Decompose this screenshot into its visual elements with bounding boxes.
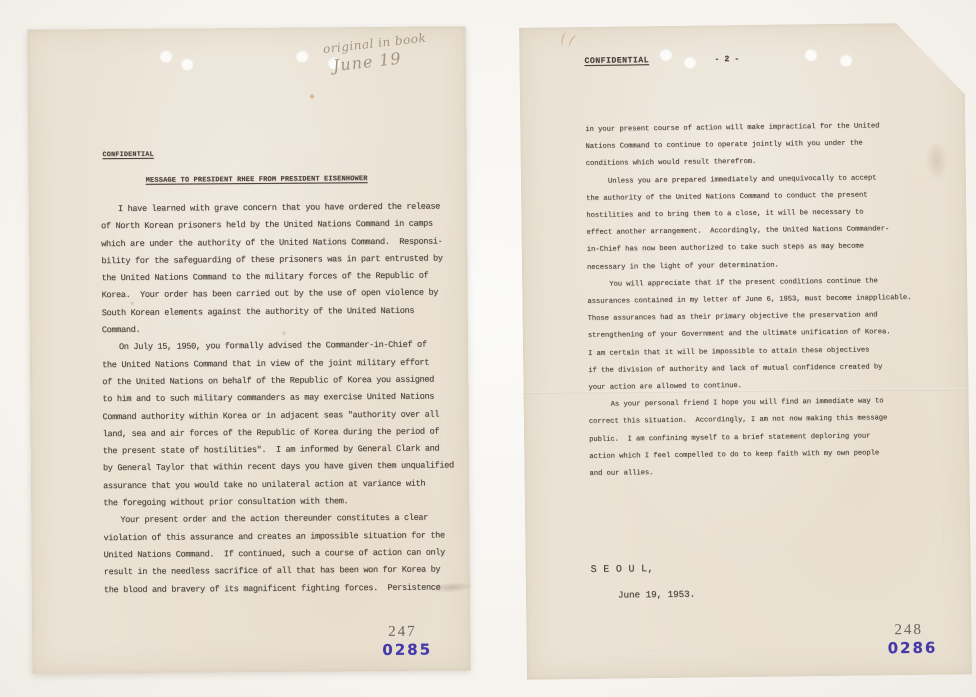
- typed-line: Your present order and the action thereu…: [103, 510, 454, 530]
- punch-hole: [839, 54, 852, 67]
- typed-line: the blood and bravery of its magnificent…: [104, 579, 455, 599]
- typed-line: to him and to such military commanders a…: [102, 389, 453, 409]
- typed-line: South Korean elements against the author…: [102, 302, 453, 322]
- punch-hole: [804, 48, 817, 61]
- document-page-1: original in book June 19 CONFIDENTIAL ME…: [27, 26, 470, 673]
- scanned-document-scene: original in book June 19 CONFIDENTIAL ME…: [0, 0, 976, 697]
- punch-hole: [296, 50, 309, 63]
- signoff-place: S E O U L,: [591, 564, 654, 576]
- punch-hole: [181, 57, 194, 70]
- typed-body: I have learned with grave concern that y…: [101, 198, 455, 599]
- classification-marking: CONFIDENTIAL: [584, 56, 649, 66]
- paragraph: I have learned with grave concern that y…: [101, 198, 453, 339]
- typed-body: in your present course of action will ma…: [585, 118, 913, 483]
- paragraph: You will appreciate that if the present …: [587, 273, 912, 397]
- typed-line: assurance that you would take no unilate…: [103, 475, 454, 495]
- handwritten-note: original in book June 19: [322, 24, 475, 75]
- paragraph: Unless you are prepared immediately and …: [586, 170, 911, 277]
- rust-stain: [309, 93, 315, 99]
- classification-marking: CONFIDENTIAL: [102, 151, 153, 159]
- page-number-stamp: 248: [894, 622, 923, 639]
- punch-hole: [160, 50, 173, 63]
- paragraph: Your present order and the action thereu…: [103, 510, 455, 599]
- stain: [925, 141, 947, 181]
- serial-number-stamp: 0285: [382, 641, 432, 659]
- page-number-label: - 2 -: [714, 55, 739, 64]
- typed-line: and our allies.: [589, 462, 913, 483]
- page-number-stamp: 247: [388, 624, 417, 641]
- paragraph: As your personal friend I hope you will …: [589, 393, 914, 483]
- punch-hole: [659, 48, 672, 61]
- signoff-date: June 19, 1953.: [618, 589, 695, 601]
- document-title: MESSAGE TO PRESIDENT RHEE FROM PRESIDENT…: [146, 175, 368, 185]
- punch-hole: [683, 56, 696, 69]
- typed-line: result in the needless sacrifice of all …: [104, 562, 455, 582]
- typed-line: of North Korean prisoners held by the Un…: [101, 216, 452, 236]
- paragraph: On July 15, 1950, you formally advised t…: [102, 337, 454, 513]
- document-page-2: CONFIDENTIAL - 2 - in your present cours…: [519, 22, 972, 679]
- crayon-mark: [559, 32, 577, 53]
- paragraph: in your present course of action will ma…: [585, 118, 910, 174]
- serial-number-stamp: 0286: [888, 639, 938, 658]
